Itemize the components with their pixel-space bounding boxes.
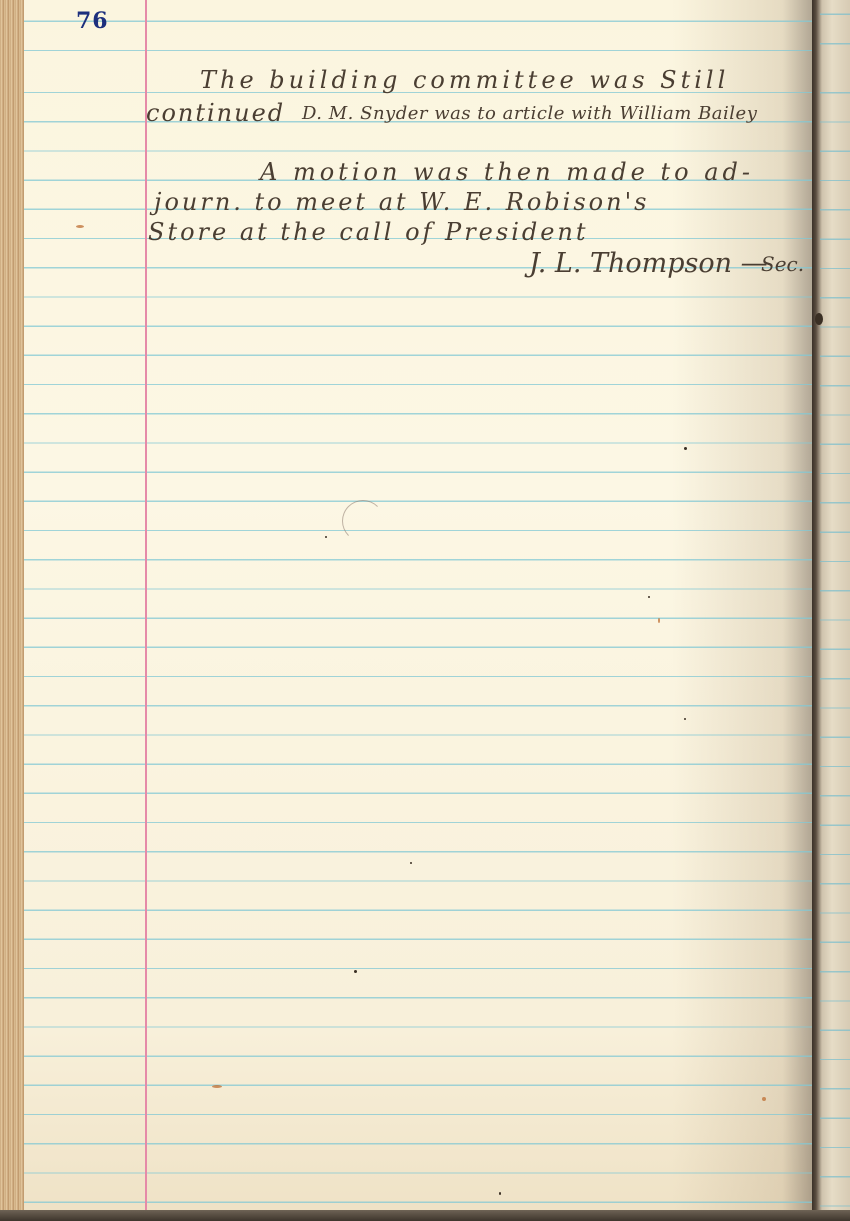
entry-line-2a: continued — [146, 99, 285, 127]
page-bottom-shadow — [0, 1210, 850, 1221]
binding-hole — [815, 313, 823, 325]
page-stack-edge — [0, 0, 24, 1221]
ink-stain — [762, 1097, 766, 1101]
paper-speck — [684, 718, 686, 720]
signature-name: J. L. Thompson — — [529, 248, 768, 279]
entry-line-5: Store at the call of President — [148, 218, 589, 246]
entry-line-2b: D. M. Snyder was to article with William… — [302, 103, 757, 124]
ink-stain — [76, 225, 84, 228]
entry-line-1: The building committee was Still — [200, 66, 729, 94]
paper-speck — [354, 970, 357, 973]
entry-line-4: journ. to meet at W. E. Robison's — [154, 188, 649, 216]
faint-pencil-mark — [342, 500, 384, 542]
red-margin-rule — [145, 0, 147, 1210]
ink-stain — [658, 618, 660, 623]
ledger-page: 76 The building committee was Still cont… — [24, 0, 814, 1210]
page-number: 76 — [76, 8, 109, 34]
paper-speck — [648, 596, 650, 598]
paper-speck — [325, 536, 327, 538]
paper-speck — [410, 862, 412, 864]
entry-line-3: A motion was then made to ad- — [260, 158, 754, 186]
ink-stain — [212, 1085, 222, 1088]
paper-speck — [499, 1192, 501, 1195]
facing-page-ruling — [820, 0, 850, 1221]
signature-title: Sec. — [761, 252, 804, 276]
paper-speck — [684, 447, 687, 450]
